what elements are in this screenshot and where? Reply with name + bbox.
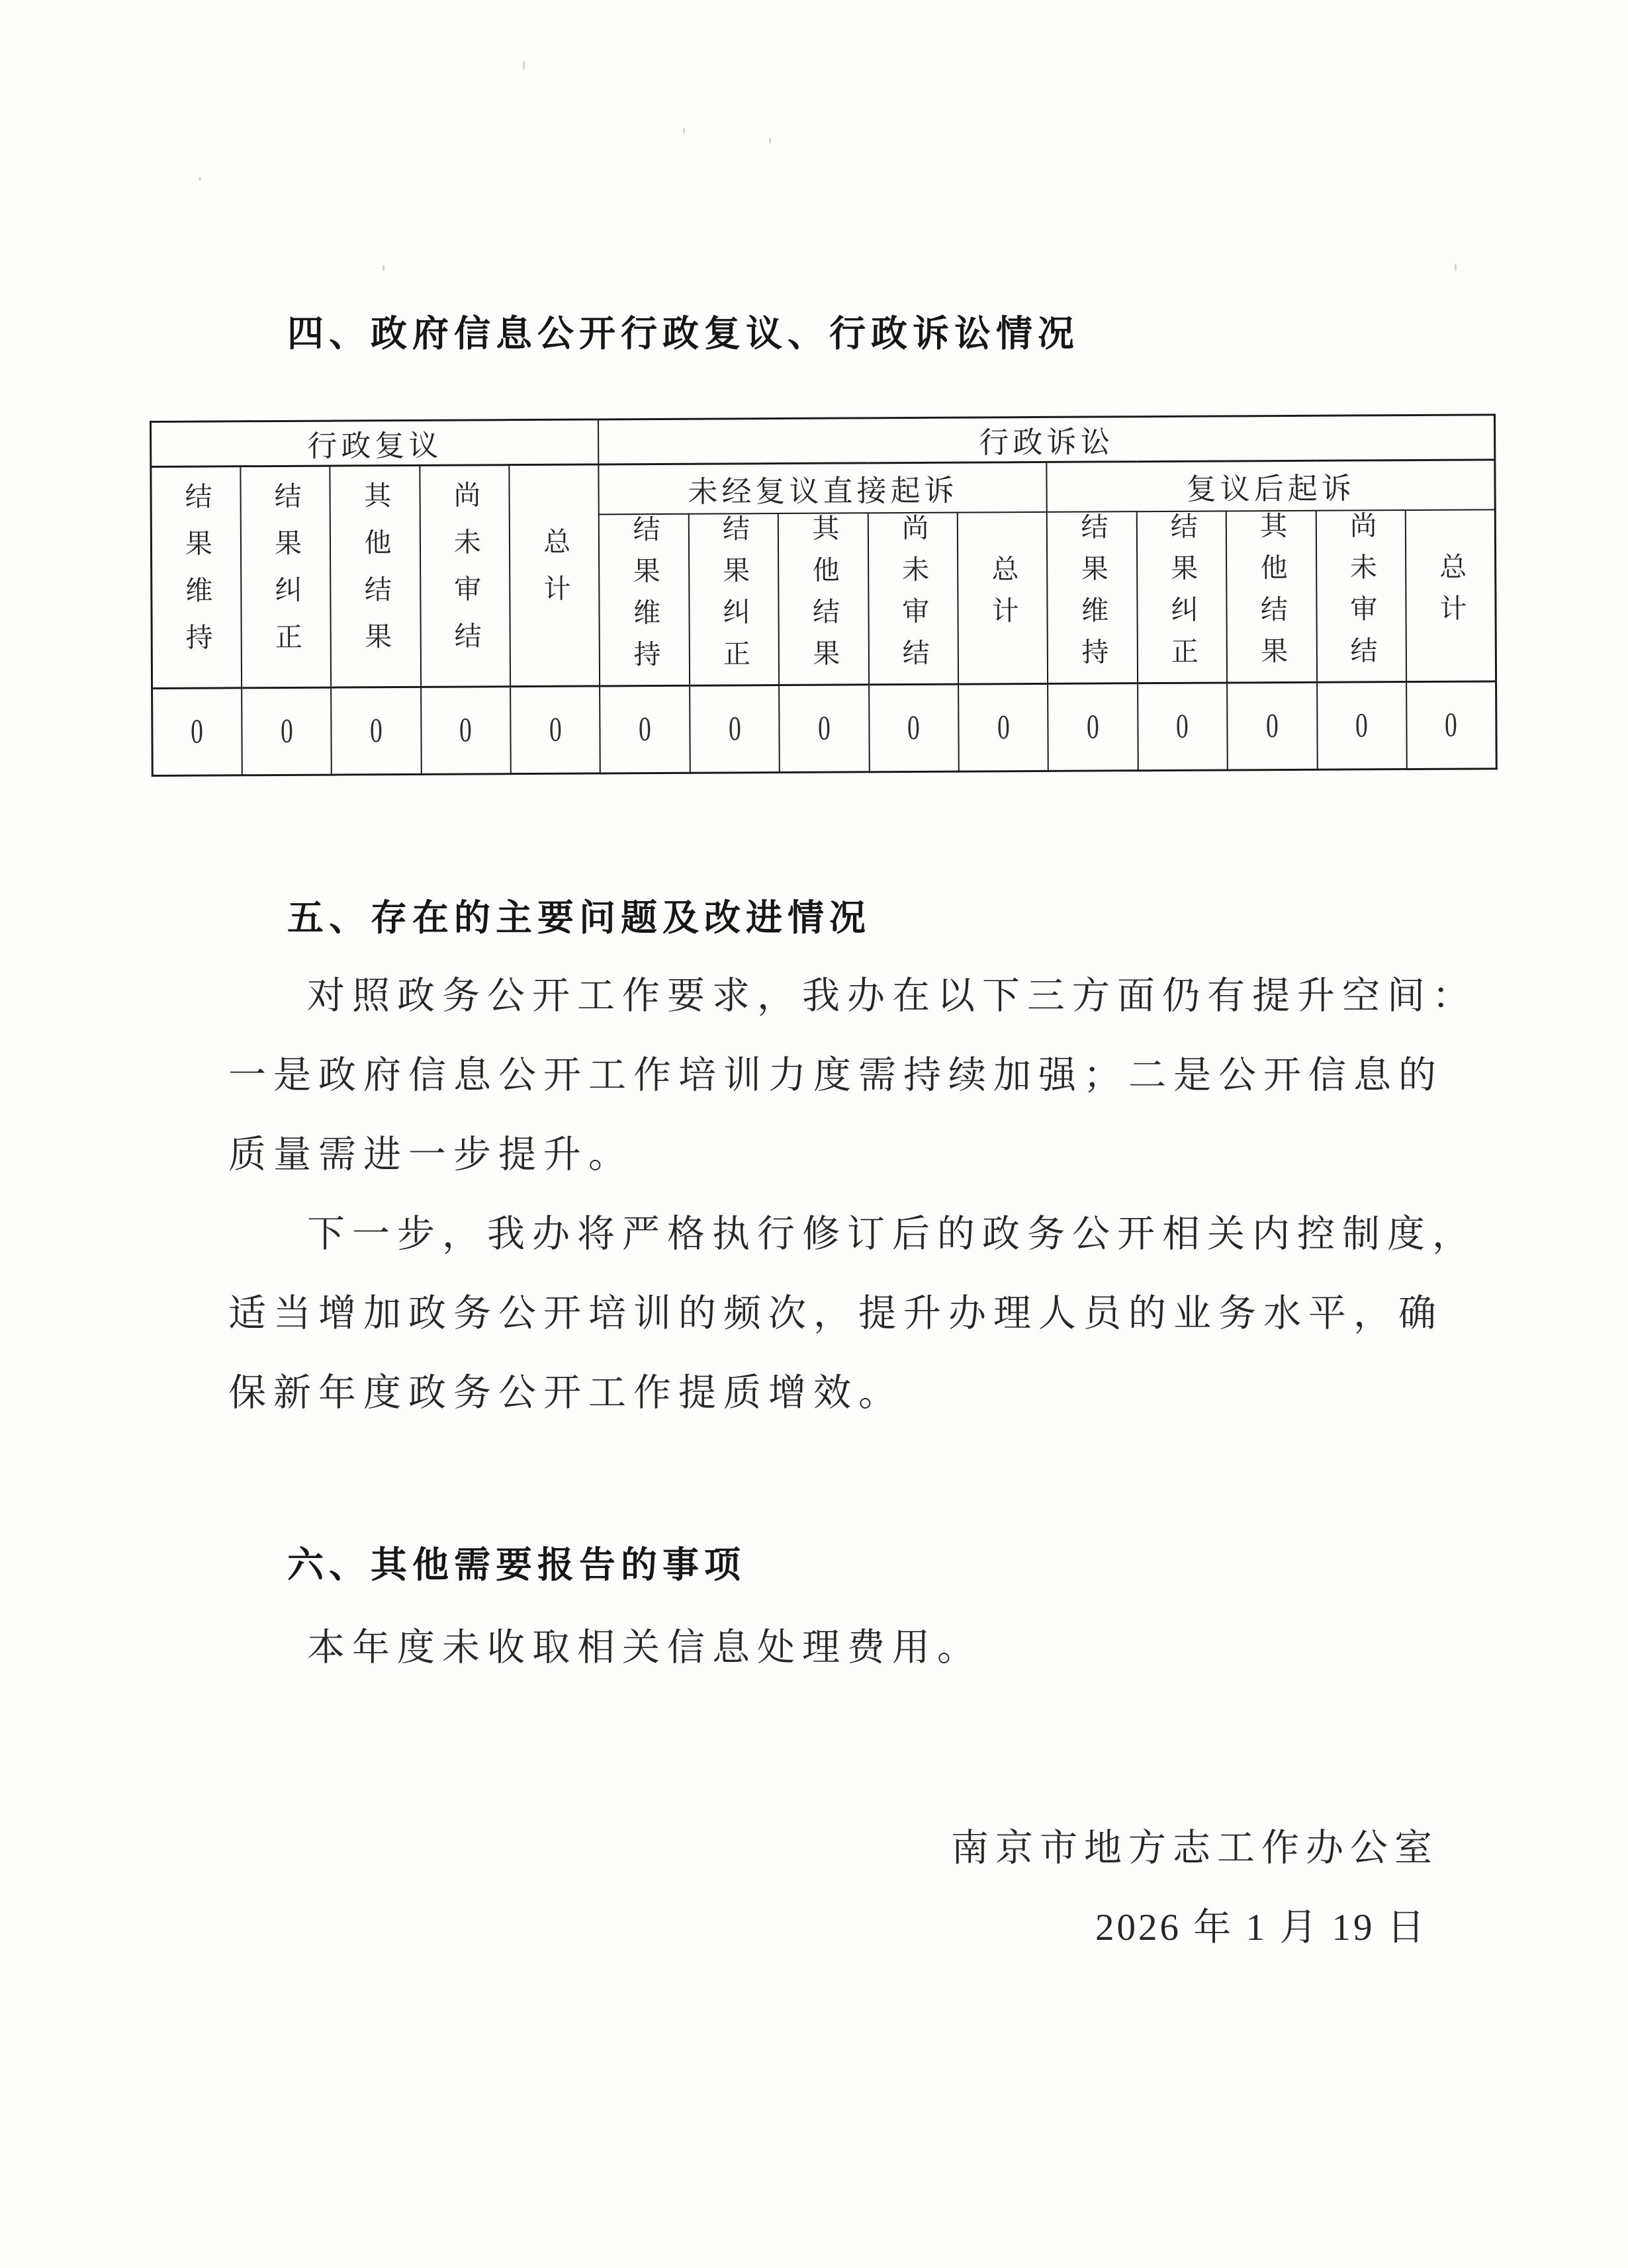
value-cell: 0 [1227, 682, 1317, 770]
col-header-label: 总计 [541, 527, 568, 621]
section-6-title: 六、其他需要报告的事项 [287, 1547, 746, 1583]
col-header-direct-suit-pending: 尚未审结 [868, 512, 958, 685]
value-cell: 0 [1048, 683, 1138, 771]
value-cell: 0 [779, 685, 869, 773]
value: 0 [459, 713, 472, 748]
value: 0 [1176, 709, 1189, 744]
value: 0 [818, 711, 831, 746]
value: 0 [728, 712, 741, 746]
col-header-direct-suit-result-upheld: 结果维持 [599, 513, 690, 686]
col-header-label: 其他结果 [809, 513, 837, 680]
col-header-label: 尚未审结 [1347, 511, 1375, 677]
value: 0 [549, 713, 562, 747]
col-header-label: 总计 [989, 554, 1017, 638]
col-header-reconsideration-result-upheld: 结果维持 [151, 466, 242, 689]
group-header-administrative-litigation: 行政诉讼 [598, 415, 1494, 464]
value: 0 [639, 713, 651, 747]
col-header-label: 其他结果 [361, 481, 389, 669]
signature-date: 2026 年 1 月 19 日 [1095, 1909, 1427, 1946]
scan-speck [769, 138, 771, 144]
col-header-label: 结果纠正 [1168, 511, 1196, 678]
value: 0 [1087, 710, 1099, 744]
col-header-reconsideration-other-result: 其他结果 [330, 465, 421, 687]
scan-speck [523, 61, 525, 70]
col-header-label: 总计 [1437, 552, 1465, 635]
scan-speck [1455, 263, 1457, 271]
col-header-direct-suit-result-corrected: 结果纠正 [689, 513, 780, 686]
value-cell: 0 [600, 685, 690, 773]
section-4-title: 四、政府信息公开行政复议、行政诉讼情况 [287, 316, 1079, 352]
value-cell: 0 [1317, 682, 1407, 770]
value-cell: 0 [510, 686, 600, 774]
value-cell: 0 [331, 687, 421, 775]
value-cell: 0 [242, 687, 332, 775]
value: 0 [997, 711, 1010, 745]
col-header-post-reconsideration-result-upheld: 结果维持 [1047, 511, 1138, 684]
scan-speck [383, 265, 384, 271]
col-header-reconsideration-result-corrected: 结果纠正 [240, 466, 331, 688]
col-header-label: 其他结果 [1257, 511, 1285, 678]
col-header-post-reconsideration-other-result: 其他结果 [1226, 510, 1317, 683]
value-cell: 0 [1406, 681, 1496, 769]
value-cell: 0 [1138, 683, 1228, 771]
table-data-row: 0 0 0 0 0 0 0 0 0 0 0 0 0 0 0 [152, 681, 1497, 776]
value-cell: 0 [869, 684, 959, 772]
value: 0 [1355, 709, 1368, 743]
admin-review-litigation-table-wrap: 行政复议 行政诉讼 结果维持 结果纠正 其他结果 尚未审结 总计 未经复议直接起… [150, 414, 1498, 777]
section-5-paragraph-2-line-1: 下一步，我办将严格执行修订后的政务公开相关内控制度， [307, 1215, 1477, 1253]
col-header-label: 尚未审结 [899, 513, 927, 680]
value: 0 [907, 711, 920, 745]
col-header-label: 结果纠正 [272, 481, 300, 669]
col-header-label: 结果维持 [182, 482, 210, 670]
scan-speck [199, 177, 201, 181]
col-header-post-reconsideration-total: 总计 [1406, 509, 1496, 682]
value-cell: 0 [690, 685, 780, 773]
col-header-label: 结果维持 [1078, 512, 1106, 679]
section-5-paragraph-2-line-3: 保新年度政务公开工作提质增效。 [228, 1374, 903, 1412]
scan-speck [683, 128, 685, 134]
admin-review-litigation-table: 行政复议 行政诉讼 结果维持 结果纠正 其他结果 尚未审结 总计 未经复议直接起… [150, 414, 1498, 777]
col-header-reconsideration-pending: 尚未审结 [420, 465, 510, 687]
group-header-administrative-reconsideration: 行政复议 [151, 419, 599, 467]
col-header-direct-suit-total: 总计 [958, 511, 1048, 684]
col-header-reconsideration-total: 总计 [509, 464, 600, 687]
section-5-title: 五、存在的主要问题及改进情况 [287, 900, 871, 936]
table-subgroup-header-row: 结果维持 结果纠正 其他结果 尚未审结 总计 未经复议直接起诉 复议后起诉 [151, 460, 1495, 517]
section-5-paragraph-1-line-3: 质量需进一步提升。 [228, 1136, 633, 1174]
value: 0 [281, 714, 293, 748]
table-group-header-row: 行政复议 行政诉讼 [151, 415, 1495, 467]
col-header-post-reconsideration-result-corrected: 结果纠正 [1137, 511, 1228, 683]
section-5-paragraph-2-line-2: 适当增加政务公开培训的频次，提升办理人员的业务水平，确 [228, 1295, 1443, 1332]
col-header-label: 尚未审结 [451, 480, 478, 668]
value-cell: 0 [421, 687, 511, 775]
section-5-paragraph-1-line-2: 一是政府信息公开工作培训力度需持续加强；二是公开信息的 [228, 1057, 1443, 1094]
col-header-label: 结果纠正 [720, 514, 748, 681]
value: 0 [191, 715, 203, 749]
subgroup-header-direct-suit: 未经复议直接起诉 [599, 462, 1047, 514]
value: 0 [1266, 709, 1279, 744]
subgroup-header-post-reconsideration-suit: 复议后起诉 [1047, 460, 1495, 512]
col-header-post-reconsideration-pending: 尚未审结 [1316, 510, 1406, 683]
col-header-direct-suit-other-result: 其他结果 [778, 513, 869, 685]
value: 0 [1445, 708, 1457, 742]
col-header-label: 结果维持 [630, 515, 658, 681]
scanned-report-page: 四、政府信息公开行政复议、行政诉讼情况 行政复议 行政诉讼 结果维持 结果纠正 … [0, 0, 1628, 2268]
section-6-body: 本年度未收取相关信息处理费用。 [307, 1629, 982, 1667]
section-5-paragraph-1-line-1: 对照政务公开工作要求，我办在以下三方面仍有提升空间： [307, 977, 1477, 1015]
value-cell: 0 [958, 683, 1048, 771]
value-cell: 0 [152, 688, 242, 776]
signature-agency-name: 南京市地方志工作办公室 [951, 1829, 1439, 1867]
value: 0 [370, 714, 383, 748]
